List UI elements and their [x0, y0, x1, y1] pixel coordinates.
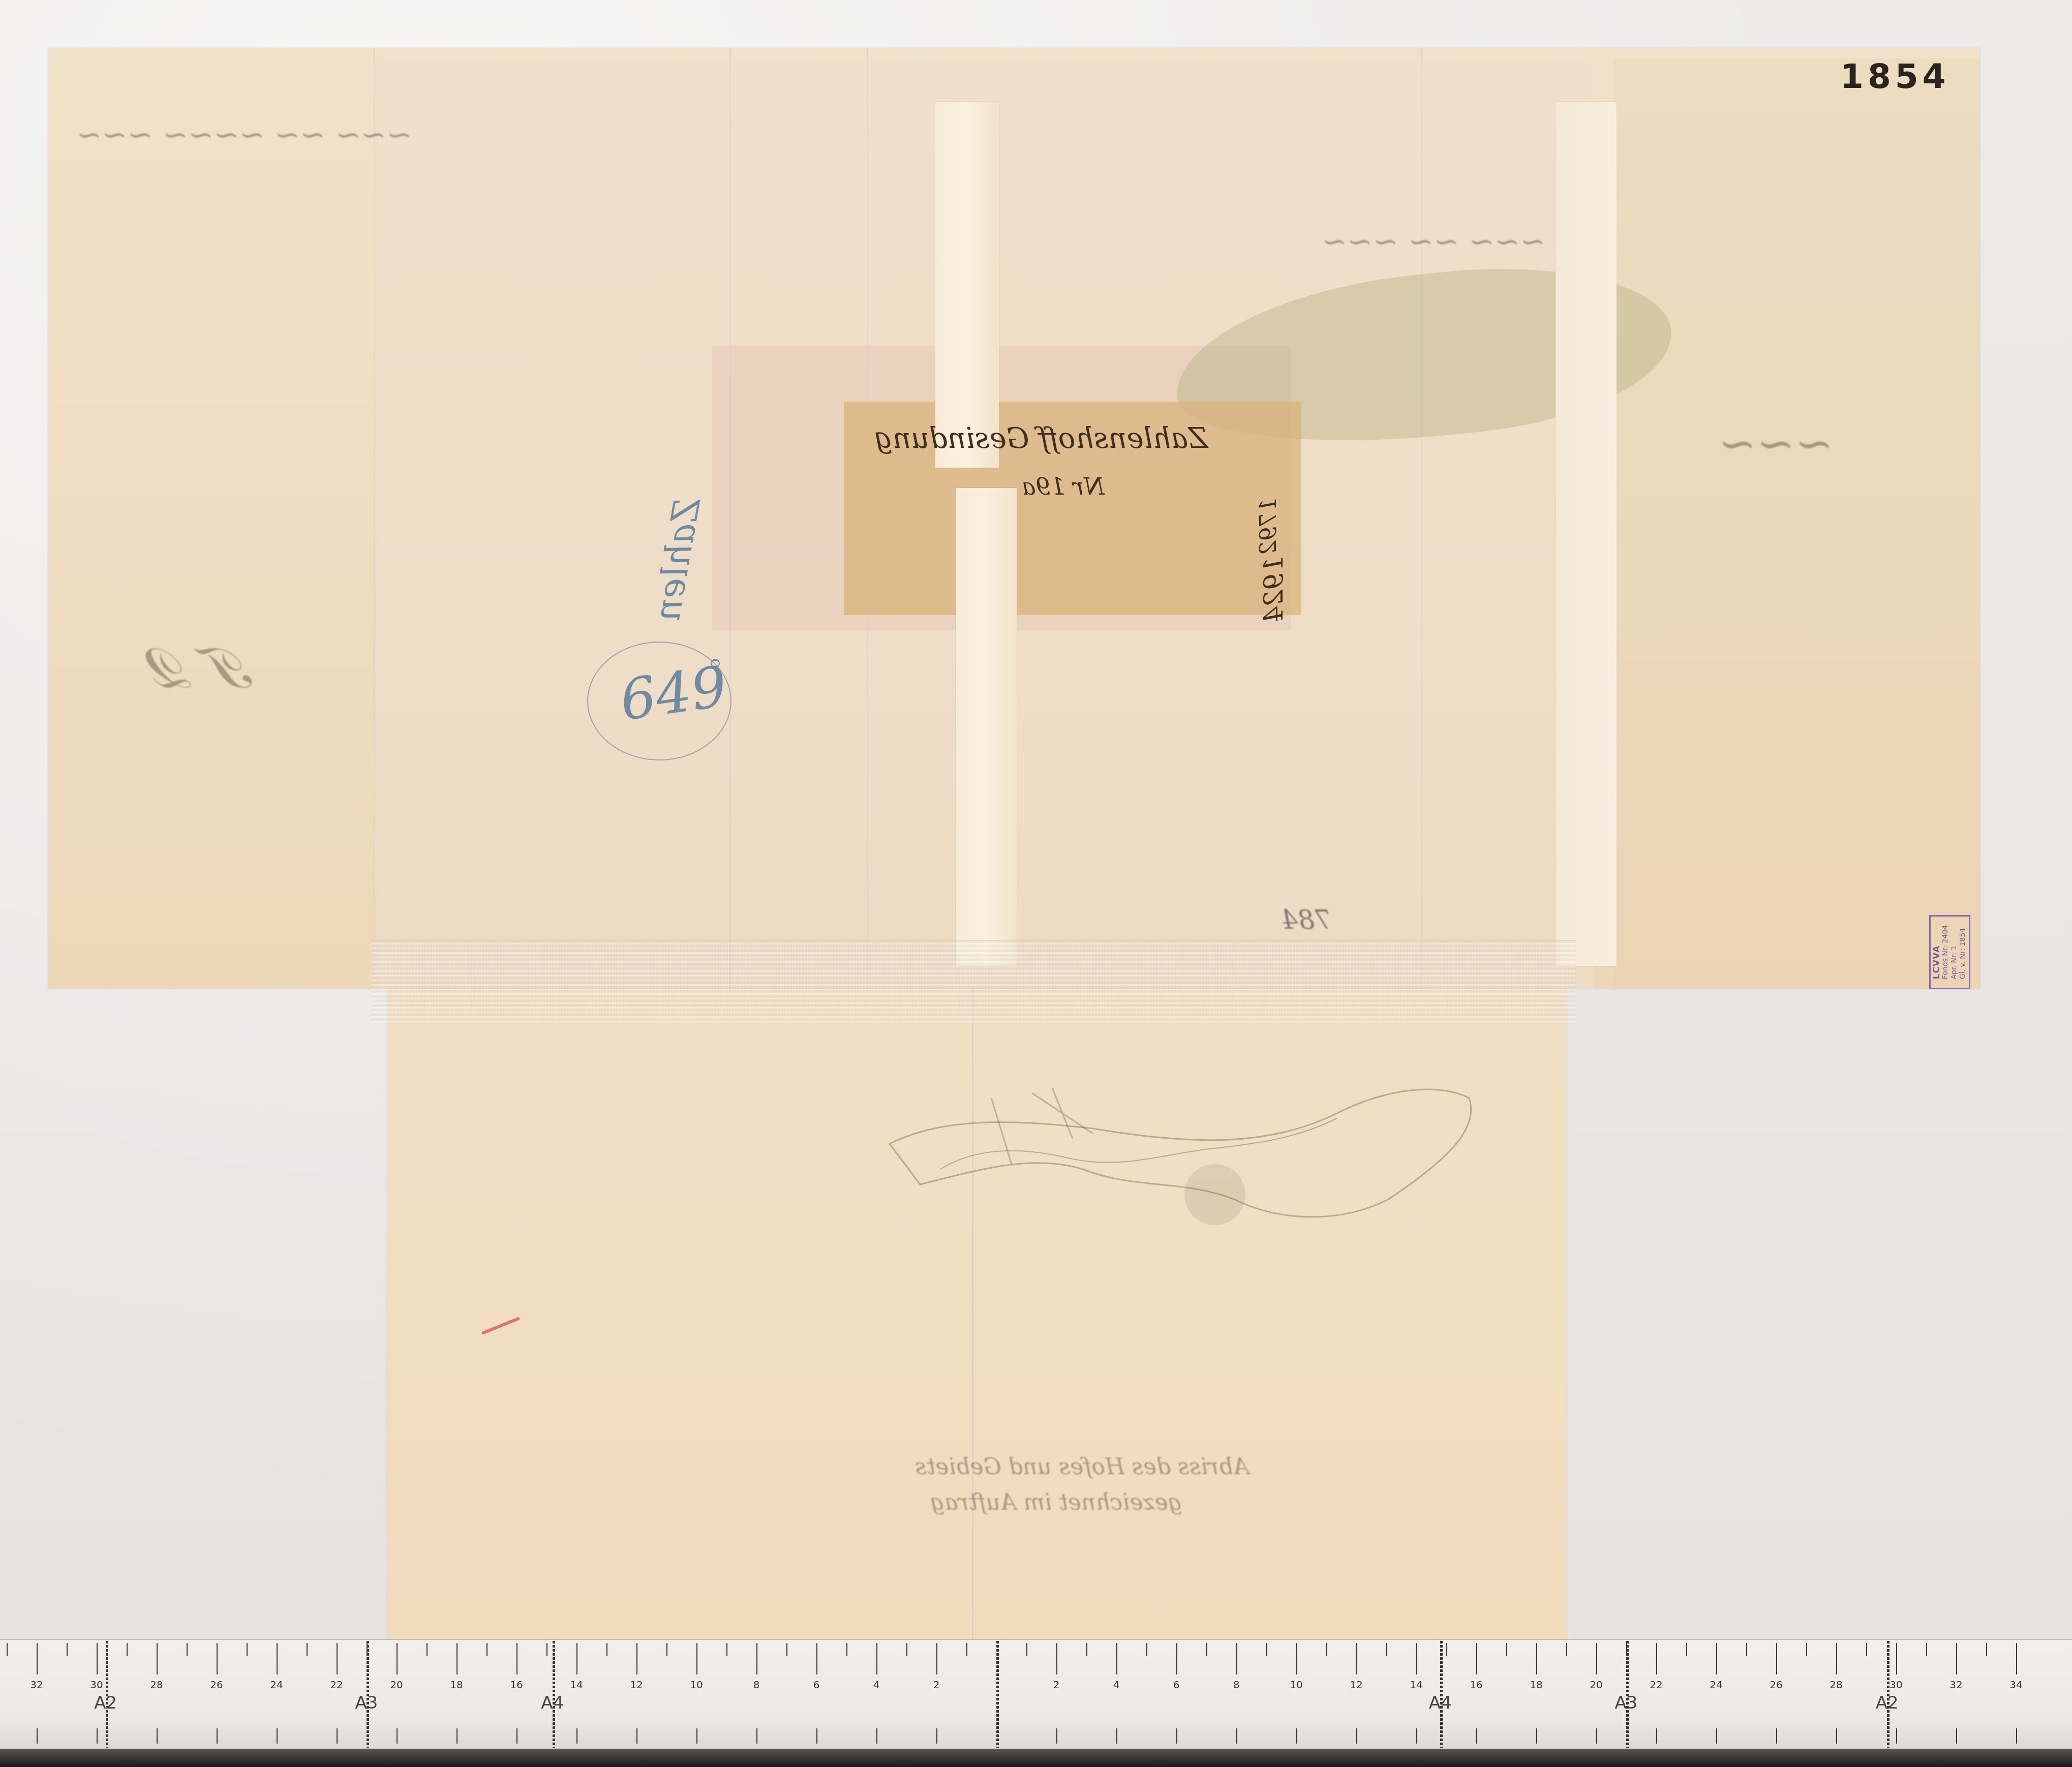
ruler-number: 14 [570, 1679, 583, 1691]
ruler-number: 4 [1113, 1679, 1120, 1691]
ruler-tick [37, 1643, 38, 1674]
ruler-tick [1656, 1728, 1657, 1744]
sketch-map-bleed-through [879, 1068, 1489, 1373]
ruler-tick [1956, 1728, 1957, 1744]
ruler-tick [247, 1643, 248, 1656]
ruler-tick [397, 1643, 398, 1674]
ruler-tick [1026, 1643, 1027, 1656]
ruler-tick [2016, 1643, 2017, 1674]
bleed-through-text: ~~~ ~~ ~~~~ ~~~ [76, 117, 412, 153]
ruler-tick [1746, 1643, 1747, 1656]
ruler-tick [456, 1728, 458, 1744]
ruler-tick [37, 1728, 38, 1744]
ruler-tick [606, 1643, 607, 1656]
ruler-number: 28 [1830, 1679, 1842, 1691]
ruler-tick [1866, 1643, 1867, 1656]
ruler-center-marker [996, 1641, 999, 1748]
ruler-tick [1476, 1728, 1477, 1744]
gauze-hinge-strip [371, 940, 1576, 1022]
ruler-tick [486, 1643, 487, 1656]
ruler-tick [1656, 1643, 1657, 1674]
scanner-edge [0, 1749, 2072, 1767]
ruler-tick [1236, 1643, 1237, 1674]
ruler-tick [786, 1643, 787, 1656]
ruler-tick [906, 1643, 907, 1656]
ruler-tick [1716, 1728, 1717, 1744]
ruler-number: 18 [1530, 1679, 1542, 1691]
ruler-number: 18 [450, 1679, 463, 1691]
stamp-glv-value: 1854 [1959, 928, 1967, 947]
inventory-number-suffix: o [704, 658, 724, 668]
ruler-tick [217, 1728, 218, 1744]
stamp-fonds-label: Fonds Nr: [1941, 946, 1949, 979]
ruler-tick [1896, 1728, 1897, 1744]
stamp-title: LCVVA [1933, 925, 1941, 979]
lower-note-line-2: gezeichnet im Auftrag [930, 1489, 1182, 1515]
stamp-glv-label: Gl. v. Nr: [1959, 949, 1967, 979]
ruler-tick [127, 1643, 128, 1656]
ruler-tick [696, 1728, 697, 1744]
ruler-number: 16 [1470, 1679, 1482, 1691]
ruler-number: 14 [1410, 1679, 1422, 1691]
paper-format-label: A4 [1429, 1693, 1452, 1713]
ruler-tick [277, 1643, 278, 1674]
ruler-tick [97, 1728, 98, 1744]
paper-format-label: A3 [355, 1693, 378, 1713]
ruler-tick [1296, 1728, 1297, 1744]
ruler-tick [1536, 1643, 1537, 1674]
ruler-number: 22 [1650, 1679, 1662, 1691]
ruler-tick [1926, 1643, 1927, 1656]
ruler-tick [1776, 1728, 1777, 1744]
ruler-number: 24 [1710, 1679, 1722, 1691]
ruler-tick [516, 1728, 517, 1744]
ruler-tick [2016, 1728, 2017, 1744]
label-line-2: Nr 19a [1022, 473, 1105, 500]
ruler-tick [636, 1728, 637, 1744]
ruler-tick [1596, 1728, 1597, 1744]
lower-note-line-1: Abriss des Hofes und Gebiets [915, 1454, 1249, 1480]
measurement-ruler [0, 1639, 2072, 1749]
ruler-number: 6 [813, 1679, 820, 1691]
ruler-number: 26 [1770, 1679, 1782, 1691]
side-note-1: 1792 [1256, 498, 1282, 555]
ruler-tick [1356, 1643, 1357, 1674]
ruler-number: 8 [1233, 1679, 1240, 1691]
ruler-tick [1416, 1643, 1417, 1674]
ruler-number: 12 [630, 1679, 643, 1691]
ruler-tick [157, 1728, 158, 1744]
repair-tape-strip [1556, 102, 1617, 966]
ruler-tick [1086, 1643, 1087, 1656]
ruler-tick [1986, 1643, 1987, 1656]
ruler-number: 30 [1890, 1679, 1902, 1691]
ruler-tick [1266, 1643, 1267, 1656]
ruler-tick [1206, 1643, 1207, 1656]
ruler-number: 12 [1350, 1679, 1362, 1691]
ruler-tick [1116, 1643, 1117, 1674]
ruler-tick [337, 1643, 338, 1674]
bleed-through-text: ~~~ ~~ ~~~ [1322, 224, 1545, 259]
ruler-tick [97, 1643, 98, 1674]
ruler-tick [696, 1643, 697, 1674]
ruler-tick [756, 1728, 757, 1744]
ruler-tick [1326, 1643, 1327, 1656]
ruler-tick [816, 1728, 817, 1744]
ruler-tick [1236, 1728, 1237, 1744]
ruler-number: 28 [150, 1679, 163, 1691]
ruler-number: 2 [1053, 1679, 1060, 1691]
ruler-tick [337, 1728, 338, 1744]
ruler-tick [816, 1643, 817, 1674]
stamp-apr-value: 1 [1950, 946, 1958, 950]
ruler-tick [1776, 1643, 1777, 1674]
ruler-tick [726, 1643, 727, 1656]
ruler-tick [966, 1643, 967, 1656]
paper-format-label: A2 [1876, 1693, 1899, 1713]
ruler-number: 34 [2009, 1679, 2022, 1691]
ruler-tick [187, 1643, 188, 1656]
ruler-tick [1116, 1728, 1117, 1744]
ruler-tick [876, 1728, 877, 1744]
right-panel [1614, 58, 1980, 989]
ruler-tick [936, 1728, 937, 1744]
ruler-tick [1056, 1728, 1057, 1744]
ruler-tick [1566, 1643, 1567, 1656]
ruler-tick [756, 1643, 757, 1674]
stamp-apr-label: Apr. Nr: [1950, 953, 1958, 980]
reference-number: 784 [1281, 905, 1331, 935]
bleed-through-text: ~~~ [1718, 417, 1833, 470]
ruler-tick [1836, 1728, 1837, 1744]
ruler-tick [157, 1643, 158, 1674]
archive-stamp: LCVVA Fonds Nr: 2404 Apr. Nr: 1 Gl. v. N… [1929, 915, 1970, 989]
paper-format-label: A4 [541, 1693, 564, 1713]
catalog-number: 1854 [1840, 57, 1950, 96]
ruler-tick [7, 1643, 8, 1656]
ruler-number: 24 [270, 1679, 283, 1691]
ruler-tick [1896, 1643, 1897, 1674]
ruler-number: 4 [873, 1679, 880, 1691]
ruler-tick [307, 1643, 308, 1656]
ruler-tick [1716, 1643, 1717, 1674]
ruler-tick [1176, 1643, 1177, 1674]
ruler-number: 10 [1290, 1679, 1302, 1691]
ruler-number: 8 [753, 1679, 760, 1691]
ruler-tick [1296, 1643, 1297, 1674]
label-line-1: Zahlenshoff Gesindung [874, 422, 1208, 455]
ruler-number: 26 [210, 1679, 223, 1691]
ruler-tick [846, 1643, 847, 1656]
ruler-tick [576, 1728, 577, 1744]
ruler-tick [1416, 1728, 1417, 1744]
ruler-tick [67, 1643, 68, 1656]
paper-format-label: A3 [1615, 1693, 1638, 1713]
ruler-tick [1956, 1643, 1957, 1674]
ruler-tick [1806, 1643, 1807, 1656]
ruler-tick [666, 1643, 667, 1656]
ruler-number: 20 [390, 1679, 403, 1691]
ruler-number: 30 [90, 1679, 103, 1691]
ruler-tick [936, 1643, 937, 1674]
ruler-tick [426, 1643, 428, 1656]
ruler-number: 32 [30, 1679, 43, 1691]
ruler-tick [546, 1643, 547, 1656]
ruler-number: 22 [330, 1679, 343, 1691]
ruler-tick [1146, 1643, 1147, 1656]
ruler-tick [1446, 1643, 1447, 1656]
ruler-tick [1056, 1643, 1057, 1674]
ruler-tick [1476, 1643, 1477, 1674]
repair-tape-strip [956, 488, 1017, 966]
ruler-number: 16 [510, 1679, 523, 1691]
ruler-tick [1356, 1728, 1357, 1744]
bleed-through-script: 𝒯 𝒬 [153, 635, 253, 702]
ruler-number: 10 [690, 1679, 703, 1691]
paper-format-label: A2 [94, 1693, 117, 1713]
stamp-fonds-value: 2404 [1941, 925, 1949, 943]
ruler-number: 2 [933, 1679, 940, 1691]
ruler-tick [1686, 1643, 1687, 1656]
ruler-number: 6 [1173, 1679, 1180, 1691]
ruler-tick [456, 1643, 458, 1674]
ruler-tick [1836, 1643, 1837, 1674]
ruler-tick [1506, 1643, 1507, 1656]
ruler-tick [1596, 1643, 1597, 1674]
ruler-tick [1176, 1728, 1177, 1744]
ruler-tick [397, 1728, 398, 1744]
ruler-tick [277, 1728, 278, 1744]
ruler-tick [576, 1643, 577, 1674]
ruler-tick [1536, 1728, 1537, 1744]
side-note-2: 1924 [1259, 556, 1289, 623]
ruler-number: 32 [1949, 1679, 1962, 1691]
ruler-tick [217, 1643, 218, 1674]
ruler-tick [636, 1643, 637, 1674]
ruler-tick [516, 1643, 517, 1674]
ruler-tick [1386, 1643, 1387, 1656]
repair-tape-strip [935, 102, 999, 468]
ruler-tick [876, 1643, 877, 1674]
ruler-number: 20 [1590, 1679, 1602, 1691]
